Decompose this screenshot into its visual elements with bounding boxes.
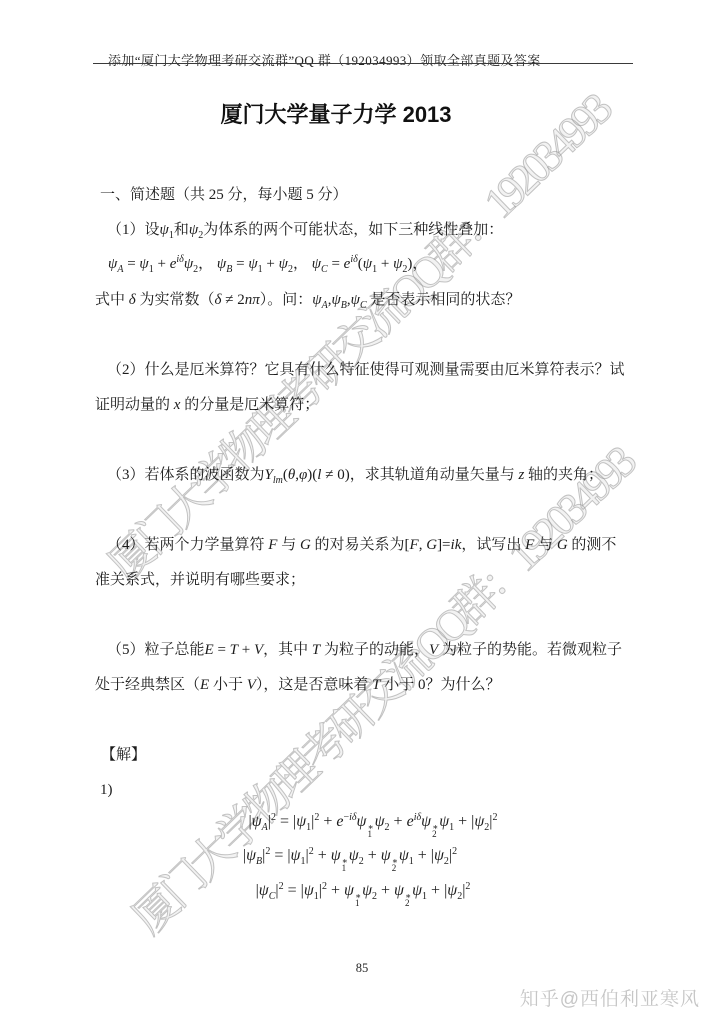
header-rule xyxy=(93,63,633,64)
text-line: 处于经典禁区（E 小于 V），这是否意味着 T 小于 0？为什么？ xyxy=(95,675,501,696)
zhihu-watermark: 知乎@西伯利亚寒风 xyxy=(520,984,700,1011)
page-number: 85 xyxy=(0,961,724,976)
header-text: 添加“厦门大学物理考研交流群”QQ 群（192034993）领取全部真题及答案 xyxy=(108,53,541,68)
text-line: 证明动量的 x 的分量是厄米算符； xyxy=(95,395,319,416)
text-line: （5）粒子总能E = T + V，其中 T 为粒子的动能，V 为粒子的势能。若微… xyxy=(107,640,622,661)
page-header: 添加“厦门大学物理考研交流群”QQ 群（192034993）领取全部真题及答案 xyxy=(108,50,541,69)
diagonal-watermark: 厦门大学物理考研交流QQ群：192034993 xyxy=(91,78,621,593)
text-line: 【解】 xyxy=(101,745,146,766)
text-line: ψA = ψ1 + eiδψ2， ψB = ψ1 + ψ2， ψC = eiδ(… xyxy=(108,254,427,275)
text-line: （3）若体系的波函数为Ylm(θ,φ)(l ≠ 0)，求其轨道角动量矢量与 z … xyxy=(107,465,603,486)
text-line: （2）什么是厄米算符？它具有什么特征使得可观测量需要由厄米算符表示？试 xyxy=(107,360,625,381)
document-page: { "header": { "text": "添加“厦门大学物理考研交流群”QQ… xyxy=(0,0,724,1024)
text-line: 1) xyxy=(100,780,113,801)
text-line: （1）设ψ1和ψ2为体系的两个可能状态，如下三种线性叠加： xyxy=(107,220,503,241)
exam-title: 厦门大学量子力学 2013 xyxy=(220,98,451,129)
formula-line: |ψC|2 = |ψ1|2 + ψ∗1ψ2 + ψ∗2ψ1 + |ψ2|2 xyxy=(256,881,471,907)
text-line: （4）若两个力学量算符 F 与 G 的对易关系为[F, G]=ik，试写出 F … xyxy=(107,535,616,556)
formula-line: |ψA|2 = |ψ1|2 + e−iδψ∗1ψ2 + eiδψ∗2ψ1 + |… xyxy=(249,812,498,838)
exam-page: 厦门大学物理考研交流QQ群：192034993厦门大学物理考研交流QQ群：192… xyxy=(0,0,724,1024)
text-line: 式中 δ 为实常数（δ ≠ 2nπ）。问：ψA,ψB,ψC 是否表示相同的状态？ xyxy=(95,290,520,311)
text-line: 准关系式，并说明有哪些要求； xyxy=(95,570,305,591)
text-line: 一、简述题（共 25 分，每小题 5 分） xyxy=(100,185,348,206)
formula-line: |ψB|2 = |ψ1|2 + ψ∗1ψ2 + ψ∗2ψ1 + |ψ2|2 xyxy=(243,846,457,872)
